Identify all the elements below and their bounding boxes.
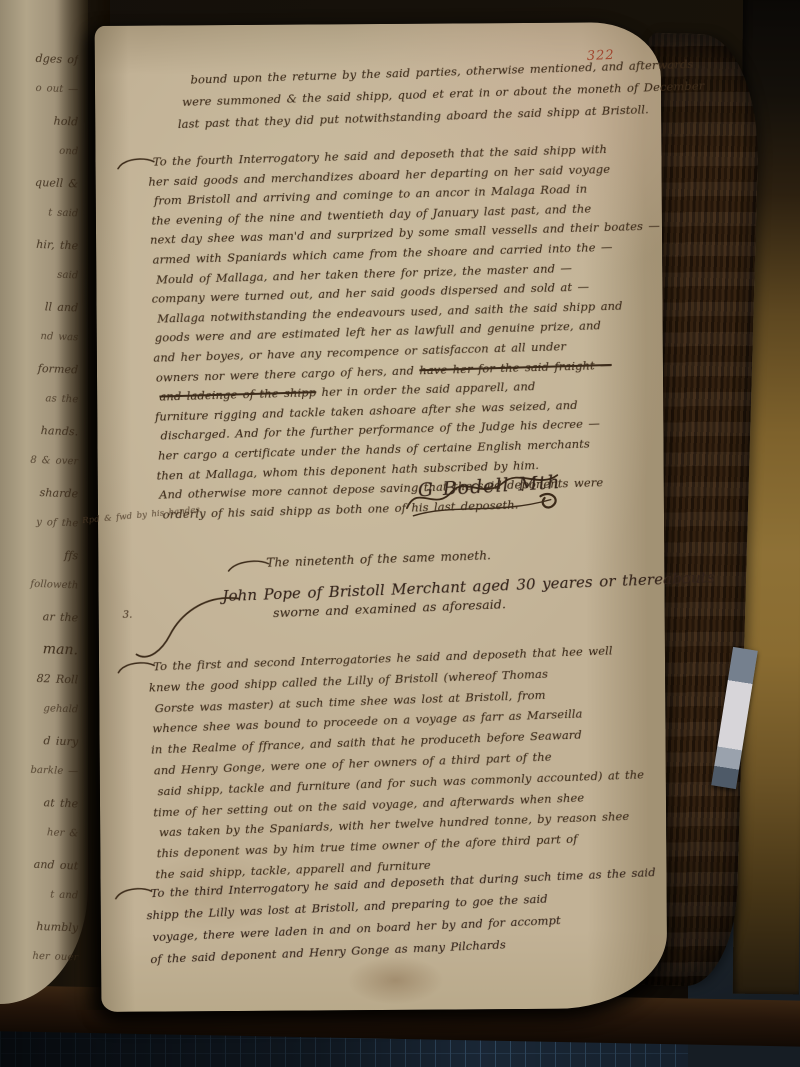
- dateline: The ninetenth of the same moneth.: [266, 548, 491, 569]
- struck-out-text: and ladeinge of the shipp: [159, 385, 316, 403]
- deponent-heading: John Pope of Bristoll Merchant aged 30 y…: [194, 571, 635, 623]
- margin-number: 3.: [123, 610, 133, 621]
- manuscript-photo-scene: dges of o out — hold ond quell & t said …: [0, 0, 800, 1067]
- struck-out-text: have her for the said fraight —: [419, 357, 612, 376]
- paragraph-bracket-flourish: [116, 156, 156, 171]
- paragraph-2-deposition: To the fourth Interrogatory he said and …: [150, 139, 646, 525]
- dateline-text: The ninetenth of the same moneth.: [266, 548, 491, 569]
- paragraph-1: bound upon the returne by the said parti…: [178, 55, 640, 135]
- deponent-signature: G Bodell Mth: [417, 471, 561, 501]
- paragraph-bracket-flourish: [116, 659, 156, 674]
- paragraph-bracket-flourish: [113, 885, 154, 901]
- paragraph-3-answer-first-second: To the first and second Interrogatories …: [150, 639, 650, 885]
- line-text: her in order the said apparell, and: [316, 379, 536, 399]
- manuscript-page: 322 bound upon the returne by the said p…: [95, 22, 668, 1012]
- dateline-bracket-flourish: [226, 558, 270, 573]
